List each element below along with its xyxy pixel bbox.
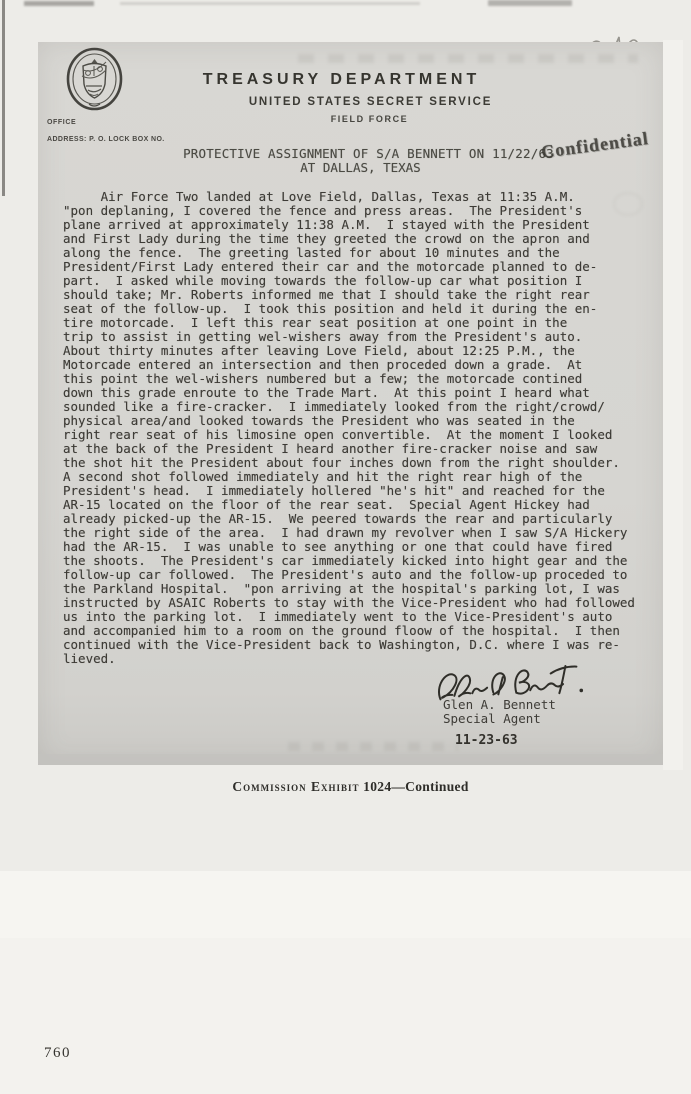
paper-bottom-strip: [0, 938, 691, 1094]
report-title-line2: AT DALLAS, TEXAS: [48, 160, 673, 175]
scan-smudge: [488, 0, 572, 6]
report-body: Air Force Two landed at Love Field, Dall…: [63, 190, 635, 666]
address-label: ADDRESS: P. O. LOCK BOX NO.: [47, 136, 165, 143]
report-date: 11-23-63: [455, 733, 518, 748]
scan-smudge: [24, 1, 94, 6]
division-name: FIELD FORCE: [57, 114, 682, 124]
page-number: 760: [44, 1045, 71, 1062]
bleedthrough-smudge: [298, 54, 638, 63]
exhibit-caption-smallcaps: Commission Exhibit: [232, 779, 359, 794]
scan-edge-artifact: [2, 0, 5, 196]
scan-smudge: [120, 2, 420, 5]
exhibit-caption-rest: 1024—Continued: [360, 779, 469, 794]
bleedthrough-smudge: [288, 742, 458, 751]
agency-name: UNITED STATES SECRET SERVICE: [58, 96, 683, 108]
signer-name: Glen A. Bennett: [443, 697, 556, 712]
scanned-document-page: OFFICE ADDRESS: P. O. LOCK BOX NO. TREAS…: [0, 0, 691, 1094]
signer-title: Special Agent: [443, 711, 541, 726]
photostat-edge-shadow: [38, 754, 663, 765]
exhibit-caption: Commission Exhibit 1024—Continued: [5, 779, 691, 795]
department-name: TREASURY DEPARTMENT: [29, 71, 654, 89]
